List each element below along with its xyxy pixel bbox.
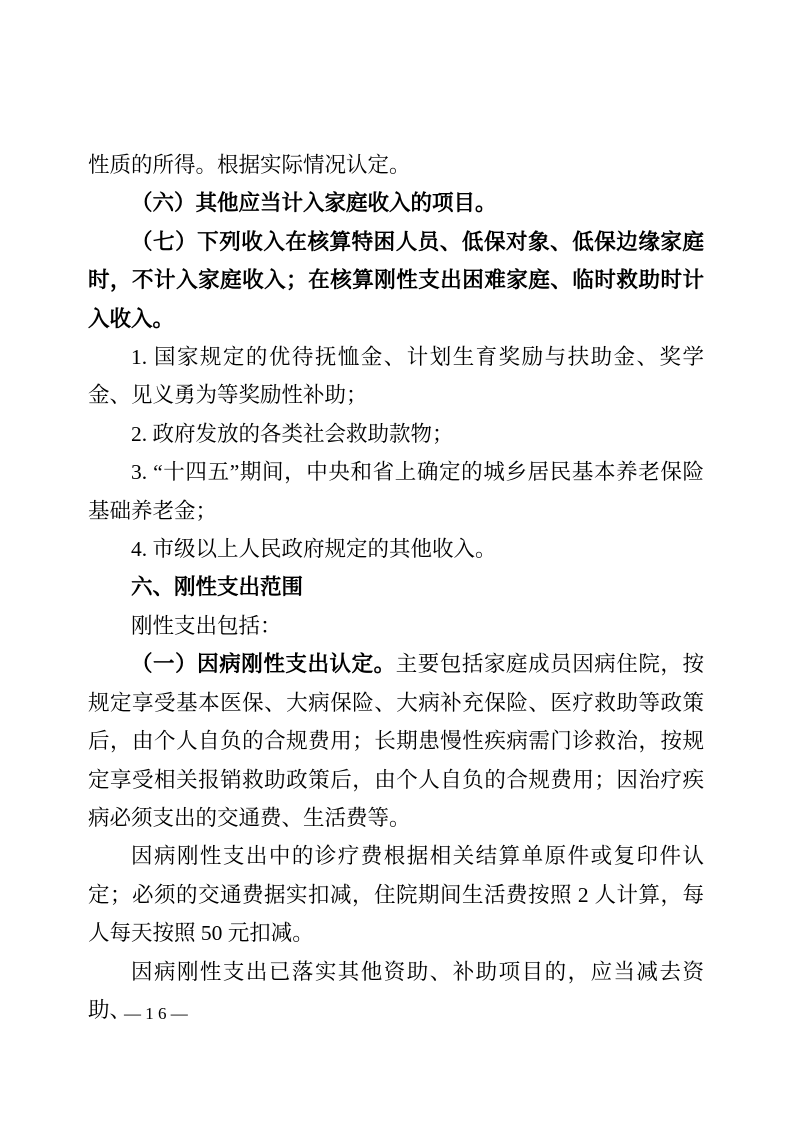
clause-1-illness-body: 主要包括家庭成员因病住院，按规定享受基本医保、大病保险、大病补充保险、医疗救助等… xyxy=(88,652,704,830)
numbered-item-2: 2. 政府发放的各类社会救助款物； xyxy=(88,415,704,453)
paragraph-intro: 刚性支出包括： xyxy=(88,607,704,645)
document-page: 性质的所得。根据实际情况认定。 （六）其他应当计入家庭收入的项目。 （七）下列收… xyxy=(0,0,793,1122)
section-6-heading: 六、刚性支出范围 xyxy=(88,568,704,606)
document-body: 性质的所得。根据实际情况认定。 （六）其他应当计入家庭收入的项目。 （七）下列收… xyxy=(88,146,704,1029)
numbered-item-3: 3. “十四五”期间，中央和省上确定的城乡居民基本养老保险基础养老金； xyxy=(88,453,704,530)
numbered-item-4: 4. 市级以上人民政府规定的其他收入。 xyxy=(88,530,704,568)
clause-7-paragraph: （七）下列收入在核算特困人员、低保对象、低保边缘家庭时，不计入家庭收入；在核算刚… xyxy=(88,223,704,338)
clause-6-paragraph: （六）其他应当计入家庭收入的项目。 xyxy=(88,184,704,222)
page-number: — 1 6 — xyxy=(124,1003,188,1025)
clause-1-illness-lead: （一）因病刚性支出认定。 xyxy=(131,652,396,676)
paragraph-continuation: 性质的所得。根据实际情况认定。 xyxy=(88,146,704,184)
paragraph-medical-deduction: 因病刚性支出中的诊疗费根据相关结算单原件或复印件认定；必须的交通费据实扣减，住院… xyxy=(88,837,704,952)
clause-1-illness-paragraph: （一）因病刚性支出认定。主要包括家庭成员因病住院，按规定享受基本医保、大病保险、… xyxy=(88,645,704,837)
numbered-item-1: 1. 国家规定的优待抚恤金、计划生育奖励与扶助金、奖学金、见义勇为等奖励性补助； xyxy=(88,338,704,415)
